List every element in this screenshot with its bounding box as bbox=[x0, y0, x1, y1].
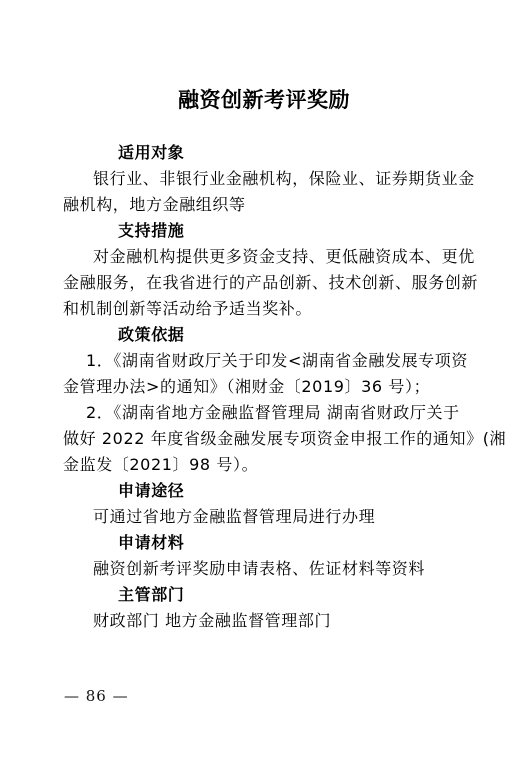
section-heading-support-measures: 支持措施 bbox=[63, 218, 515, 244]
document-page: 融资创新考评奖励 适用对象 银行业、非银行业金融机构，保险业、证券期货业金 融机… bbox=[0, 0, 528, 767]
policy-citation-line: 做好 2022 年度省级金融发展专项资金申报工作的通知》(湘 bbox=[63, 426, 515, 452]
body-text-line: 对金融机构提供更多资金支持、更低融资成本、更优 bbox=[63, 244, 515, 270]
page-number: — 86 — bbox=[64, 687, 129, 705]
body-text-line: 银行业、非银行业金融机构，保险业、证券期货业金 bbox=[63, 166, 515, 192]
body-text-line: 财政部门 地方金融监督管理部门 bbox=[63, 608, 515, 634]
section-heading-applicable-targets: 适用对象 bbox=[63, 140, 515, 166]
page-footer: — 86 — bbox=[64, 687, 129, 705]
body-text-line: 和机制创新等活动给予适当奖补。 bbox=[63, 296, 515, 322]
policy-citation-line: 1．《湖南省财政厅关于印发<湖南省金融发展专项资 bbox=[63, 348, 515, 374]
section-heading-policy-basis: 政策依据 bbox=[63, 322, 515, 348]
section-heading-application-channel: 申请途径 bbox=[63, 478, 515, 504]
body-text-line: 金融服务，在我省进行的产品创新、技术创新、服务创新 bbox=[63, 270, 515, 296]
body-text-line: 融机构，地方金融组织等 bbox=[63, 192, 515, 218]
document-body: 适用对象 银行业、非银行业金融机构，保险业、证券期货业金 融机构，地方金融组织等… bbox=[63, 140, 515, 634]
body-text-line: 可通过省地方金融监督管理局进行办理 bbox=[63, 504, 515, 530]
section-heading-responsible-departments: 主管部门 bbox=[63, 582, 515, 608]
section-heading-application-materials: 申请材料 bbox=[63, 530, 515, 556]
document-title: 融资创新考评奖励 bbox=[0, 84, 528, 114]
policy-citation-line: 2．《湖南省地方金融监督管理局 湖南省财政厅关于 bbox=[63, 400, 515, 426]
policy-citation-line: 金管理办法>的通知》（湘财金〔2019〕36 号）； bbox=[63, 374, 515, 400]
body-text-line: 融资创新考评奖励申请表格、佐证材料等资料 bbox=[63, 556, 515, 582]
policy-citation-line: 金监发〔2021〕98 号）。 bbox=[63, 452, 515, 478]
